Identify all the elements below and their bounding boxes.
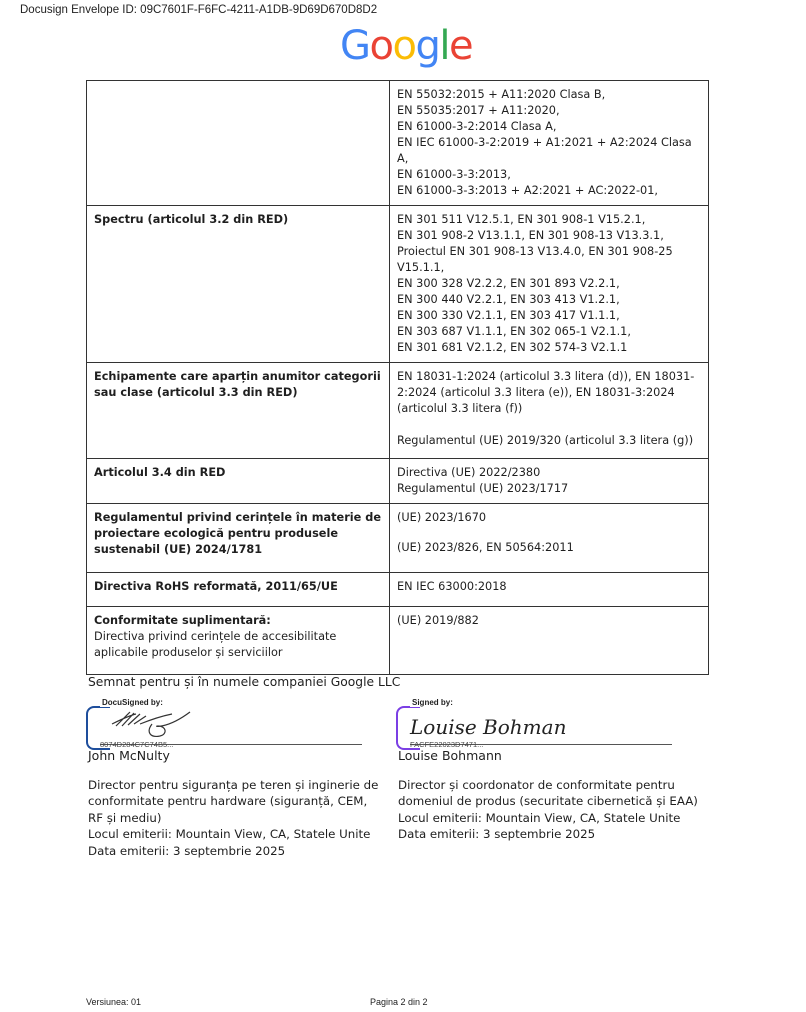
- signature-block-john: DocuSigned by: 8074D284C7C74B5... John M…: [86, 698, 376, 768]
- row-label: Spectru (articolul 3.2 din RED): [87, 206, 390, 363]
- row-value: (UE) 2019/882: [390, 607, 709, 675]
- table-row: Conformitate suplimentară: Directiva pri…: [87, 607, 709, 675]
- handwritten-signature-icon: [106, 706, 196, 740]
- logo-letter: g: [415, 22, 439, 70]
- row-value: (UE) 2023/1670 (UE) 2023/826, EN 50564:2…: [390, 504, 709, 573]
- signer-name: Louise Bohmann: [398, 748, 502, 763]
- logo-letter: o: [392, 22, 415, 70]
- label-subtext: Directiva privind cerințele de accesibil…: [94, 629, 382, 661]
- row-value: EN 301 511 V12.5.1, EN 301 908-1 V15.2.1…: [390, 206, 709, 363]
- table-row: EN 55032:2015 + A11:2020 Clasa B, EN 550…: [87, 81, 709, 206]
- script-signature: Louise Bohmann: [409, 715, 566, 739]
- value-text: EN 55032:2015 + A11:2020 Clasa B, EN 550…: [397, 87, 701, 199]
- value-text: EN 301 511 V12.5.1, EN 301 908-1 V15.2.1…: [397, 212, 701, 356]
- docusign-envelope-id: Docusign Envelope ID: 09C7601F-F6FC-4211…: [20, 4, 377, 16]
- row-value: EN 18031-1:2024 (articolul 3.3 litera (d…: [390, 363, 709, 459]
- value-text: (UE) 2023/826, EN 50564:2011: [397, 540, 701, 556]
- signer-description-john: Director pentru siguranța pe teren și in…: [88, 777, 380, 859]
- row-label: Conformitate suplimentară: Directiva pri…: [87, 607, 390, 675]
- row-label: Articolul 3.4 din RED: [87, 459, 390, 504]
- value-text: (UE) 2023/1670: [397, 510, 701, 526]
- footer-page-number: Pagina 2 din 2: [370, 997, 428, 1007]
- value-text: EN IEC 63000:2018: [397, 579, 701, 595]
- table-row: Regulamentul privind cerințele în materi…: [87, 504, 709, 573]
- row-value: Directiva (UE) 2022/2380 Regulamentul (U…: [390, 459, 709, 504]
- table-row: Echipamente care aparțin anumitor catego…: [87, 363, 709, 459]
- standards-table: EN 55032:2015 + A11:2020 Clasa B, EN 550…: [86, 80, 709, 675]
- value-text: (UE) 2019/882: [397, 613, 701, 629]
- row-label: [87, 81, 390, 206]
- value-text: Regulamentul (UE) 2019/320 (articolul 3.…: [397, 433, 701, 449]
- google-logo: Google: [340, 22, 472, 70]
- logo-letter: G: [340, 22, 370, 70]
- signer-name: John McNulty: [88, 748, 170, 763]
- logo-letter: l: [439, 22, 449, 70]
- row-label: Directiva RoHS reformată, 2011/65/UE: [87, 573, 390, 607]
- table-row: Spectru (articolul 3.2 din RED) EN 301 5…: [87, 206, 709, 363]
- value-text: Directiva (UE) 2022/2380 Regulamentul (U…: [397, 465, 701, 497]
- logo-letter: e: [449, 22, 472, 70]
- row-value: EN 55032:2015 + A11:2020 Clasa B, EN 550…: [390, 81, 709, 206]
- row-value: EN IEC 63000:2018: [390, 573, 709, 607]
- row-label: Echipamente care aparțin anumitor catego…: [87, 363, 390, 459]
- value-text: EN 18031-1:2024 (articolul 3.3 litera (d…: [397, 369, 701, 417]
- row-label: Regulamentul privind cerințele în materi…: [87, 504, 390, 573]
- handwritten-signature-icon: Louise Bohmann: [406, 706, 566, 742]
- footer-version: Versiunea: 01: [86, 997, 141, 1007]
- signature-section-title: Semnat pentru și în numele companiei Goo…: [88, 675, 400, 689]
- label-heading: Conformitate suplimentară:: [94, 614, 271, 627]
- signer-description-louise: Director și coordonator de conformitate …: [398, 777, 698, 843]
- signature-block-louise: Signed by: Louise Bohmann FACFE22023D747…: [396, 698, 686, 768]
- logo-letter: o: [370, 22, 393, 70]
- table-row: Articolul 3.4 din RED Directiva (UE) 202…: [87, 459, 709, 504]
- table-row: Directiva RoHS reformată, 2011/65/UE EN …: [87, 573, 709, 607]
